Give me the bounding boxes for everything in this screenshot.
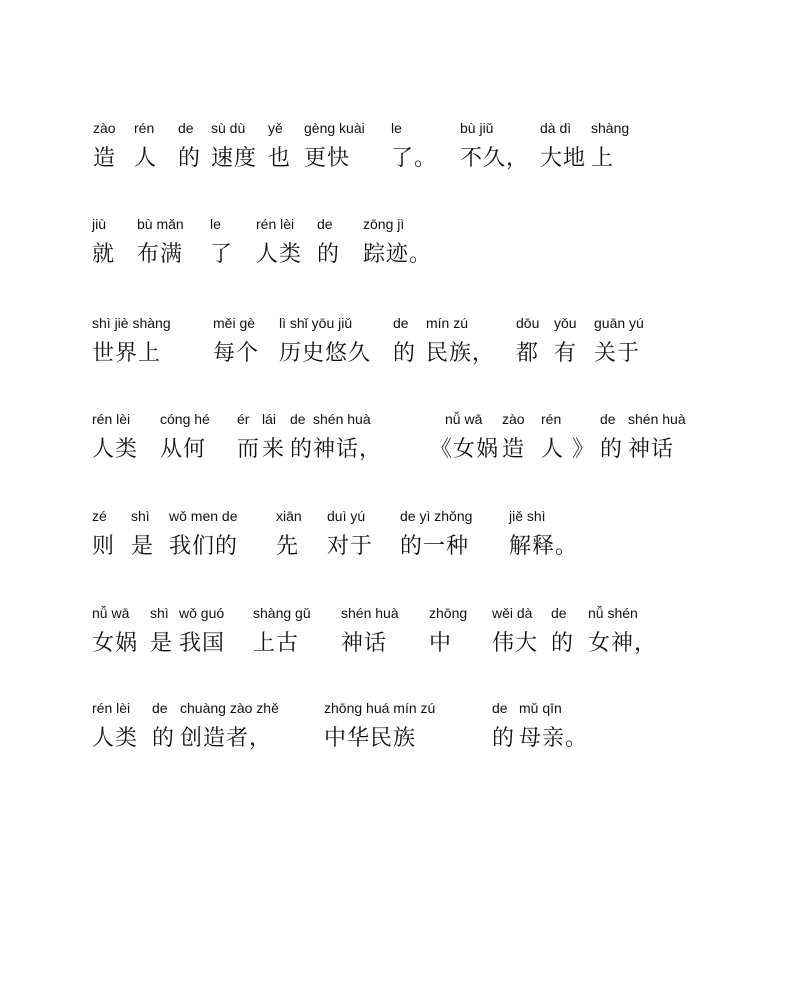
- pinyin: nǚ wā: [430, 410, 499, 428]
- word-segment: wǒ guó我国: [179, 604, 225, 658]
- word-segment: shì jiè shàng世界上: [92, 314, 171, 368]
- pinyin: měi gè: [213, 314, 259, 332]
- pinyin: de: [317, 215, 340, 233]
- word-segment: shàng gǔ上古: [253, 604, 311, 658]
- word-segment: jiù就: [92, 215, 115, 269]
- pinyin: wěi dà: [492, 604, 538, 622]
- word-segment: rén lèi人类: [256, 215, 302, 269]
- word-segment: dōu都: [516, 314, 539, 368]
- hanzi: 的: [393, 340, 416, 368]
- word-segment: měi gè每个: [213, 314, 259, 368]
- hanzi: 神话，: [313, 436, 382, 464]
- hanzi: 创造者，: [180, 725, 279, 753]
- pinyin: zé: [92, 507, 115, 525]
- hanzi: 女神，: [588, 630, 657, 658]
- word-segment: mín zú民族，: [426, 314, 495, 368]
- text-line-5: zé则 shì是 wǒ men de我们的 xiān先 duì yú对于 de …: [0, 507, 800, 577]
- pinyin: lái: [262, 410, 285, 428]
- hanzi: 先: [276, 533, 302, 561]
- hanzi: 是: [150, 630, 173, 658]
- pinyin: zōng jì: [363, 215, 432, 233]
- text-line-3: shì jiè shàng世界上 měi gè每个 lì shǐ yōu jiǔ…: [0, 314, 800, 384]
- word-segment: zōng jì踪迹。: [363, 215, 432, 269]
- hanzi: 神话: [341, 630, 399, 658]
- pinyin: de: [492, 699, 515, 717]
- pinyin: xiān: [276, 507, 302, 525]
- hanzi: 大地: [540, 145, 586, 173]
- hanzi: 来: [262, 436, 285, 464]
- word-segment: duì yú对于: [327, 507, 373, 561]
- word-segment: de的: [551, 604, 574, 658]
- word-segment: shì是: [131, 507, 154, 561]
- pinyin: de: [290, 410, 313, 428]
- hanzi: 不久，: [460, 145, 529, 173]
- hanzi: 神话: [628, 436, 686, 464]
- word-segment: gèng kuài更快: [304, 119, 365, 173]
- hanzi: 对于: [327, 533, 373, 561]
- word-segment: sù dù速度: [211, 119, 257, 173]
- hanzi: 就: [92, 241, 115, 269]
- word-segment: de yì zhǒng的一种: [400, 507, 472, 561]
- pinyin: yǒu: [554, 314, 577, 332]
- word-segment: zào造: [502, 410, 525, 464]
- text-line-7: rén lèi人类 de的 chuàng zào zhě创造者， zhōng h…: [0, 699, 800, 769]
- word-segment: zhōng huá mín zú中华民族: [324, 699, 435, 753]
- pinyin: shì: [150, 604, 173, 622]
- pinyin: de yì zhǒng: [400, 507, 472, 525]
- word-segment: shén huà神话: [628, 410, 686, 464]
- word-segment: nǚ wā《女娲: [430, 410, 499, 464]
- word-segment: lái来: [262, 410, 285, 464]
- hanzi: 历史悠久: [279, 340, 371, 368]
- text-line-2: jiù就 bù mǎn布满 le了 rén lèi人类 de的 zōng jì踪…: [0, 215, 800, 285]
- hanzi: 的: [152, 725, 175, 753]
- hanzi: 速度: [211, 145, 257, 173]
- word-segment: de的: [152, 699, 175, 753]
- word-segment: le了。: [391, 119, 437, 173]
- hanzi: 的: [600, 436, 623, 464]
- pinyin: sù dù: [211, 119, 257, 137]
- word-segment: chuàng zào zhě创造者，: [180, 699, 279, 753]
- hanzi: 我们的: [169, 533, 238, 561]
- hanzi: 《女娲: [430, 436, 499, 464]
- pinyin: de: [393, 314, 416, 332]
- hanzi: 世界上: [92, 340, 171, 368]
- word-segment: xiān先: [276, 507, 302, 561]
- pinyin: guān yú: [594, 314, 644, 332]
- word-segment: rén人 》: [541, 410, 595, 464]
- word-segment: shàng上: [591, 119, 629, 173]
- pinyin: yě: [268, 119, 291, 137]
- word-segment: ér而: [237, 410, 260, 464]
- word-segment: wěi dà伟大: [492, 604, 538, 658]
- text-line-4: rén lèi人类 cóng hé从何 ér而 lái来 de的 shén hu…: [0, 410, 800, 480]
- word-segment: rén人: [134, 119, 157, 173]
- word-segment: zhōng中: [429, 604, 467, 658]
- hanzi: 更快: [304, 145, 365, 173]
- pinyin: zhōng: [429, 604, 467, 622]
- pinyin: chuàng zào zhě: [180, 699, 279, 717]
- hanzi: 的: [317, 241, 340, 269]
- word-segment: bù jiǔ不久，: [460, 119, 529, 173]
- word-segment: nǚ wā女娲: [92, 604, 138, 658]
- pinyin: shì jiè shàng: [92, 314, 171, 332]
- hanzi: 上: [591, 145, 629, 173]
- hanzi: 的: [492, 725, 515, 753]
- hanzi: 人类: [92, 436, 138, 464]
- word-segment: wǒ men de我们的: [169, 507, 238, 561]
- hanzi: 也: [268, 145, 291, 173]
- word-segment: de的: [178, 119, 201, 173]
- word-segment: zào造: [93, 119, 116, 173]
- hanzi: 关于: [594, 340, 644, 368]
- pinyin: wǒ men de: [169, 507, 238, 525]
- hanzi: 中华民族: [324, 725, 435, 753]
- hanzi: 有: [554, 340, 577, 368]
- pinyin: rén lèi: [92, 699, 138, 717]
- pinyin: cóng hé: [160, 410, 210, 428]
- hanzi: 了。: [391, 145, 437, 173]
- pinyin: rén: [541, 410, 595, 428]
- hanzi: 每个: [213, 340, 259, 368]
- word-segment: de的: [393, 314, 416, 368]
- hanzi: 我国: [179, 630, 225, 658]
- word-segment: le了: [210, 215, 233, 269]
- word-segment: de的: [317, 215, 340, 269]
- hanzi: 人 》: [541, 436, 595, 464]
- pinyin: de: [551, 604, 574, 622]
- pinyin: duì yú: [327, 507, 373, 525]
- hanzi: 则: [92, 533, 115, 561]
- hanzi: 人: [134, 145, 157, 173]
- pinyin: le: [210, 215, 233, 233]
- hanzi: 伟大: [492, 630, 538, 658]
- pinyin: shén huà: [628, 410, 686, 428]
- pinyin: shén huà: [313, 410, 382, 428]
- pinyin: rén lèi: [256, 215, 302, 233]
- pinyin: dōu: [516, 314, 539, 332]
- hanzi: 而: [237, 436, 260, 464]
- pinyin: ér: [237, 410, 260, 428]
- pinyin: le: [391, 119, 437, 137]
- hanzi: 的: [178, 145, 201, 173]
- word-segment: cóng hé从何: [160, 410, 210, 464]
- pinyin: bù mǎn: [137, 215, 184, 233]
- pinyin: rén: [134, 119, 157, 137]
- hanzi: 造: [93, 145, 116, 173]
- pinyin: zào: [502, 410, 525, 428]
- hanzi: 民族，: [426, 340, 495, 368]
- pinyin: shì: [131, 507, 154, 525]
- pinyin: mín zú: [426, 314, 495, 332]
- hanzi: 的: [290, 436, 313, 464]
- pinyin: gèng kuài: [304, 119, 365, 137]
- pinyin: de: [600, 410, 623, 428]
- pinyin: nǚ shén: [588, 604, 657, 622]
- hanzi: 的: [551, 630, 574, 658]
- word-segment: guān yú关于: [594, 314, 644, 368]
- word-segment: dà dì大地: [540, 119, 586, 173]
- word-segment: yǒu有: [554, 314, 577, 368]
- word-segment: nǚ shén女神，: [588, 604, 657, 658]
- hanzi: 从何: [160, 436, 210, 464]
- text-line-1: zào造 rén人 de的 sù dù速度 yě也 gèng kuài更快 le…: [0, 119, 800, 189]
- pinyin: wǒ guó: [179, 604, 225, 622]
- word-segment: lì shǐ yōu jiǔ历史悠久: [279, 314, 371, 368]
- pinyin: zhōng huá mín zú: [324, 699, 435, 717]
- pinyin: shàng: [591, 119, 629, 137]
- word-segment: zé则: [92, 507, 115, 561]
- pinyin: shàng gǔ: [253, 604, 311, 622]
- hanzi: 人类: [256, 241, 302, 269]
- word-segment: yě也: [268, 119, 291, 173]
- word-segment: bù mǎn布满: [137, 215, 184, 269]
- hanzi: 都: [516, 340, 539, 368]
- hanzi: 造: [502, 436, 525, 464]
- text-line-6: nǚ wā女娲 shì是 wǒ guó我国 shàng gǔ上古 shén hu…: [0, 604, 800, 674]
- document-page: zào造 rén人 de的 sù dù速度 yě也 gèng kuài更快 le…: [0, 0, 800, 1000]
- hanzi: 的一种: [400, 533, 472, 561]
- pinyin: jiù: [92, 215, 115, 233]
- pinyin: de: [178, 119, 201, 137]
- hanzi: 踪迹。: [363, 241, 432, 269]
- hanzi: 人类: [92, 725, 138, 753]
- word-segment: rén lèi人类: [92, 410, 138, 464]
- pinyin: lì shǐ yōu jiǔ: [279, 314, 371, 332]
- hanzi: 中: [429, 630, 467, 658]
- pinyin: bù jiǔ: [460, 119, 529, 137]
- word-segment: de的: [290, 410, 313, 464]
- hanzi: 解释。: [509, 533, 578, 561]
- word-segment: shì是: [150, 604, 173, 658]
- word-segment: jiě shì解释。: [509, 507, 578, 561]
- word-segment: rén lèi人类: [92, 699, 138, 753]
- pinyin: nǚ wā: [92, 604, 138, 622]
- pinyin: de: [152, 699, 175, 717]
- hanzi: 女娲: [92, 630, 138, 658]
- pinyin: dà dì: [540, 119, 586, 137]
- hanzi: 上古: [253, 630, 311, 658]
- word-segment: de的: [492, 699, 515, 753]
- word-segment: mǔ qīn母亲。: [519, 699, 588, 753]
- pinyin: shén huà: [341, 604, 399, 622]
- word-segment: de的: [600, 410, 623, 464]
- hanzi: 了: [210, 241, 233, 269]
- pinyin: zào: [93, 119, 116, 137]
- pinyin: mǔ qīn: [519, 699, 588, 717]
- pinyin: rén lèi: [92, 410, 138, 428]
- pinyin: jiě shì: [509, 507, 578, 525]
- word-segment: shén huà神话，: [313, 410, 382, 464]
- hanzi: 布满: [137, 241, 184, 269]
- word-segment: shén huà神话: [341, 604, 399, 658]
- hanzi: 母亲。: [519, 725, 588, 753]
- hanzi: 是: [131, 533, 154, 561]
